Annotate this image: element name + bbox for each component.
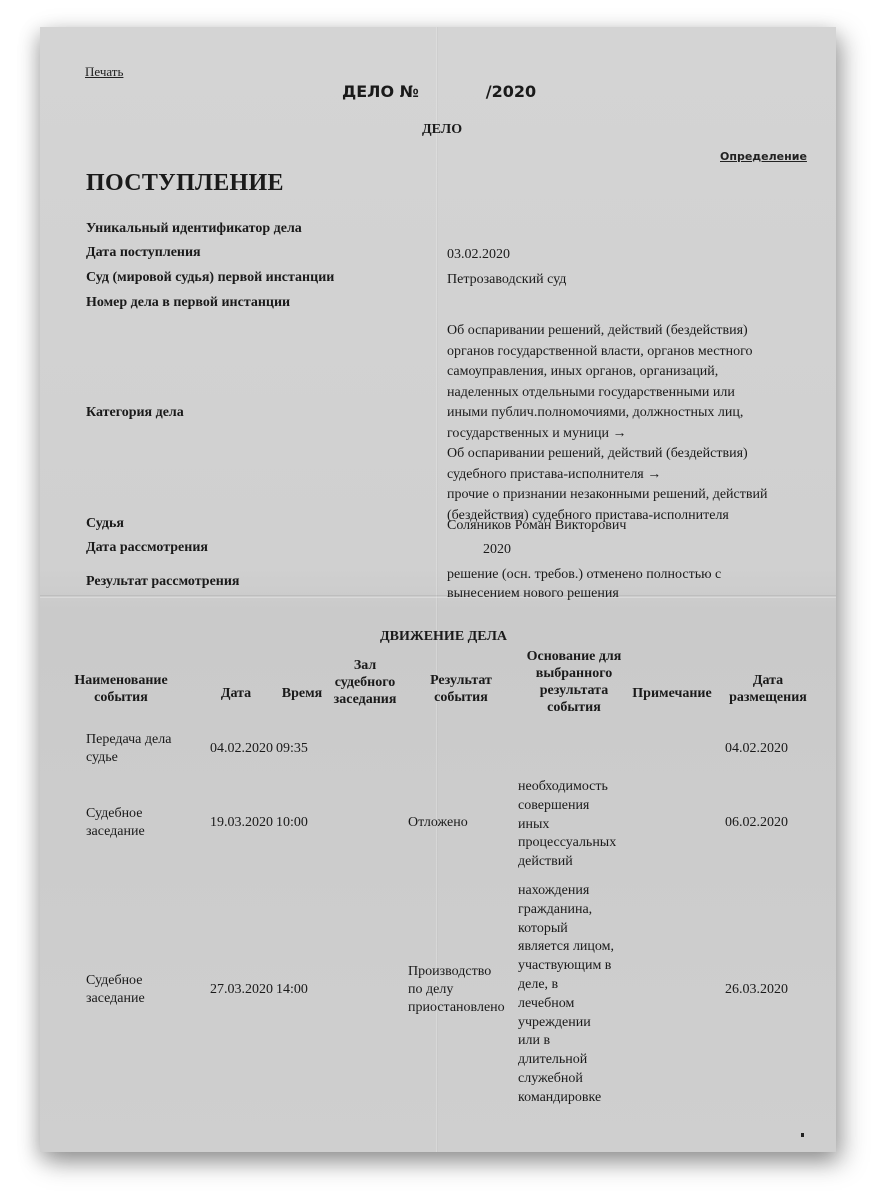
column-header-note: Примечание <box>624 685 720 702</box>
field-value-hearing-date: 2020 <box>483 540 853 561</box>
print-link[interactable]: Печать <box>85 64 123 80</box>
category-line: Об оспаривании решений, действий (бездей… <box>447 444 817 465</box>
category-line: судебного пристава-исполнителя → <box>447 465 817 486</box>
cell-event: Передача дела судье <box>86 731 171 767</box>
determination-link[interactable]: Определение <box>720 150 807 163</box>
receipt-section-title: ПОСТУПЛЕНИЕ <box>86 170 284 197</box>
cell-time: 10:00 <box>276 814 308 832</box>
field-value-hearing-result: решение (осн. требов.) отменено полность… <box>447 565 817 603</box>
field-label-first-instance-court: Суд (мировой судья) первой инстанции <box>86 270 334 286</box>
column-header-time: Время <box>278 685 326 702</box>
column-header-basis: Основание для выбранного результата собы… <box>518 648 630 716</box>
category-line: наделенных отдельными государственными и… <box>447 383 817 404</box>
category-line: органов государственной власти, органов … <box>447 342 817 363</box>
column-header-event: Наименование события <box>62 672 180 706</box>
cell-event: Судебное заседание <box>86 972 145 1008</box>
field-value-first-instance-court: Петрозаводский суд <box>447 270 817 291</box>
cell-basis: нахождения гражданина, который является … <box>518 882 614 1108</box>
ink-speck <box>801 1133 804 1137</box>
field-label-receipt-date: Дата поступления <box>86 245 201 261</box>
cell-basis: необходимость совершения иных процессуал… <box>518 778 616 872</box>
field-label-judge: Судья <box>86 516 124 532</box>
cell-date: 27.03.2020 <box>210 981 273 999</box>
field-label-first-instance-number: Номер дела в первой инстанции <box>86 295 290 311</box>
field-label-case-uid: Уникальный идентификатор дела <box>86 221 302 237</box>
result-line: вынесением нового решения <box>447 584 817 603</box>
field-label-case-category: Категория дела <box>86 405 184 421</box>
cell-posted: 06.02.2020 <box>725 814 788 832</box>
cell-result: Отложено <box>408 814 468 832</box>
cell-posted: 04.02.2020 <box>725 740 788 758</box>
cell-event: Судебное заседание <box>86 805 145 841</box>
cell-result: Производство по делу приостановлено <box>408 963 505 1017</box>
case-movement-title: ДВИЖЕНИЕ ДЕЛА <box>380 629 507 645</box>
column-header-result: Результат события <box>406 672 516 706</box>
case-subtitle: ДЕЛО <box>422 122 462 138</box>
case-number-title: ДЕЛО № /2020 <box>342 82 536 101</box>
column-header-hall: Зал судебного заседания <box>325 657 405 708</box>
category-line: иными публич.полномочиями, должностных л… <box>447 403 817 424</box>
category-line: прочие о признании незаконными решений, … <box>447 485 817 506</box>
printed-document-page: Печать ДЕЛО № /2020 ДЕЛО Определение ПОС… <box>40 27 836 1152</box>
cell-time: 14:00 <box>276 981 308 999</box>
category-line: самоуправления, иных органов, организаци… <box>447 362 817 383</box>
field-value-receipt-date: 03.02.2020 <box>447 245 817 266</box>
result-line: решение (осн. требов.) отменено полность… <box>447 565 817 584</box>
column-header-posted: Дата размещения <box>720 672 816 706</box>
field-value-case-category: Об оспаривании решений, действий (бездей… <box>447 321 817 526</box>
cell-posted: 26.03.2020 <box>725 981 788 999</box>
field-label-hearing-result: Результат рассмотрения <box>86 574 240 590</box>
column-header-date: Дата <box>200 685 272 702</box>
field-label-hearing-date: Дата рассмотрения <box>86 540 208 556</box>
cell-date: 04.02.2020 <box>210 740 273 758</box>
category-line: государственных и муници → <box>447 424 817 445</box>
cell-time: 09:35 <box>276 740 308 758</box>
cell-date: 19.03.2020 <box>210 814 273 832</box>
field-value-judge: Соляников Роман Викторович <box>447 516 817 537</box>
category-line: Об оспаривании решений, действий (бездей… <box>447 321 817 342</box>
